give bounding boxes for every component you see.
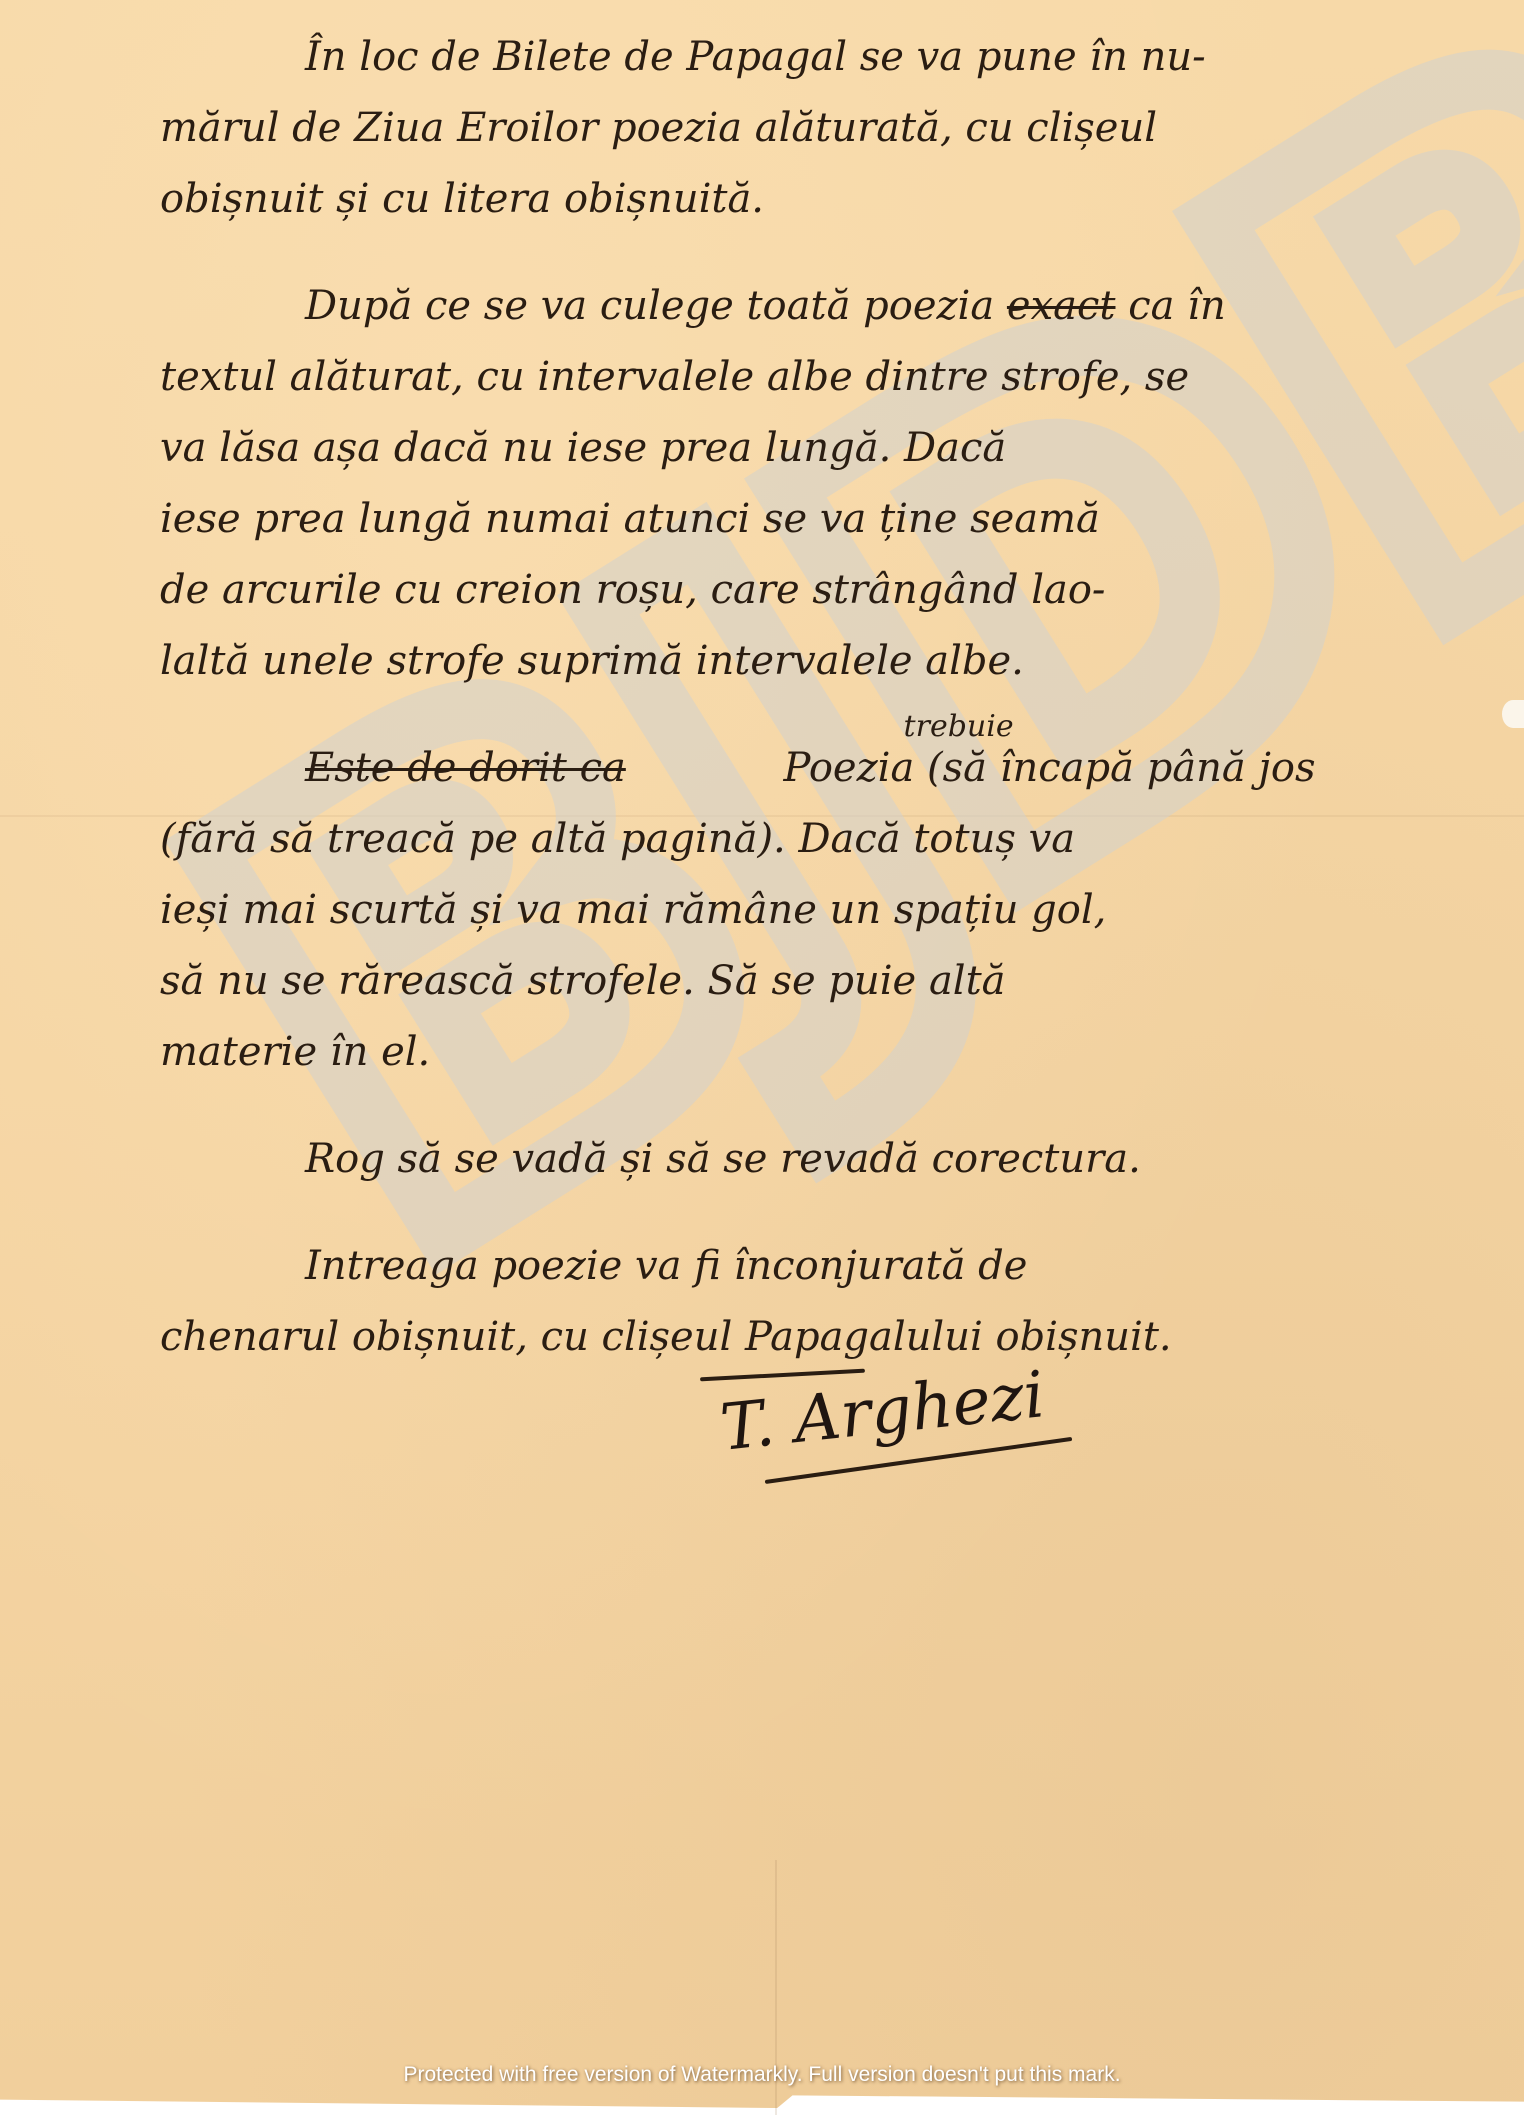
text-line: textul alăturat, cu intervalele albe din… (15, 342, 1450, 413)
text-line: materie în el. (15, 1017, 1450, 1088)
paragraph-1: În loc de Bilete de Papagal se va pune î… (160, 22, 1450, 235)
text-line: va lăsa așa dacă nu iese prea lungă. Dac… (15, 413, 1450, 484)
inserted-word: trebuie (759, 691, 1014, 762)
text-line: În loc de Bilete de Papagal se va pune î… (160, 22, 1450, 93)
text-line: mărul de Ziua Eroilor poezia alăturată, … (15, 93, 1450, 164)
struck-phrase: Este de dorit ca (305, 745, 626, 791)
text-line: laltă unele strofe suprimă intervalele a… (15, 626, 1450, 697)
text-line: (fără să treacă pe altă pagină). Dacă to… (15, 804, 1450, 875)
text-line: de arcurile cu creion roșu, care strângâ… (15, 555, 1450, 626)
struck-word: exact (1007, 283, 1116, 329)
paragraph-4: Rog să se vadă și să se revadă corectura… (160, 1124, 1450, 1195)
text-segment: După ce se va culege toată poezia (305, 283, 1007, 329)
text-line: După ce se va culege toată poezia exact … (160, 271, 1450, 342)
paragraph-5: Intreaga poezie va fi înconjurată de che… (160, 1231, 1450, 1373)
text-segment: ca în (1115, 283, 1225, 329)
text-line: Intreaga poezie va fi înconjurată de (160, 1231, 1450, 1302)
paragraph-2: După ce se va culege toată poezia exact … (160, 271, 1450, 697)
insertion-mark: trebuie Poezia (să încapă până jos (639, 733, 1316, 804)
text-line: Rog să se vadă și să se revadă corectura… (160, 1124, 1450, 1195)
text-line: Este de dorit ca trebuie Poezia (să înca… (160, 733, 1450, 804)
text-line: obișnuit și cu litera obișnuită. (15, 164, 1450, 235)
signature: T. Arghezi (680, 1355, 1100, 1535)
paper-edge-tear (1502, 700, 1524, 728)
handwritten-letter: În loc de Bilete de Papagal se va pune î… (160, 22, 1450, 1373)
text-line: ieși mai scurtă și va mai rămâne un spaț… (15, 875, 1450, 946)
text-line: iese prea lungă numai atunci se va ține … (15, 484, 1450, 555)
paragraph-3: Este de dorit ca trebuie Poezia (să înca… (160, 733, 1450, 1088)
text-line: să nu se rărească strofele. Să se puie a… (15, 946, 1450, 1017)
watermarkly-notice: Protected with free version of Watermark… (0, 2063, 1524, 2087)
